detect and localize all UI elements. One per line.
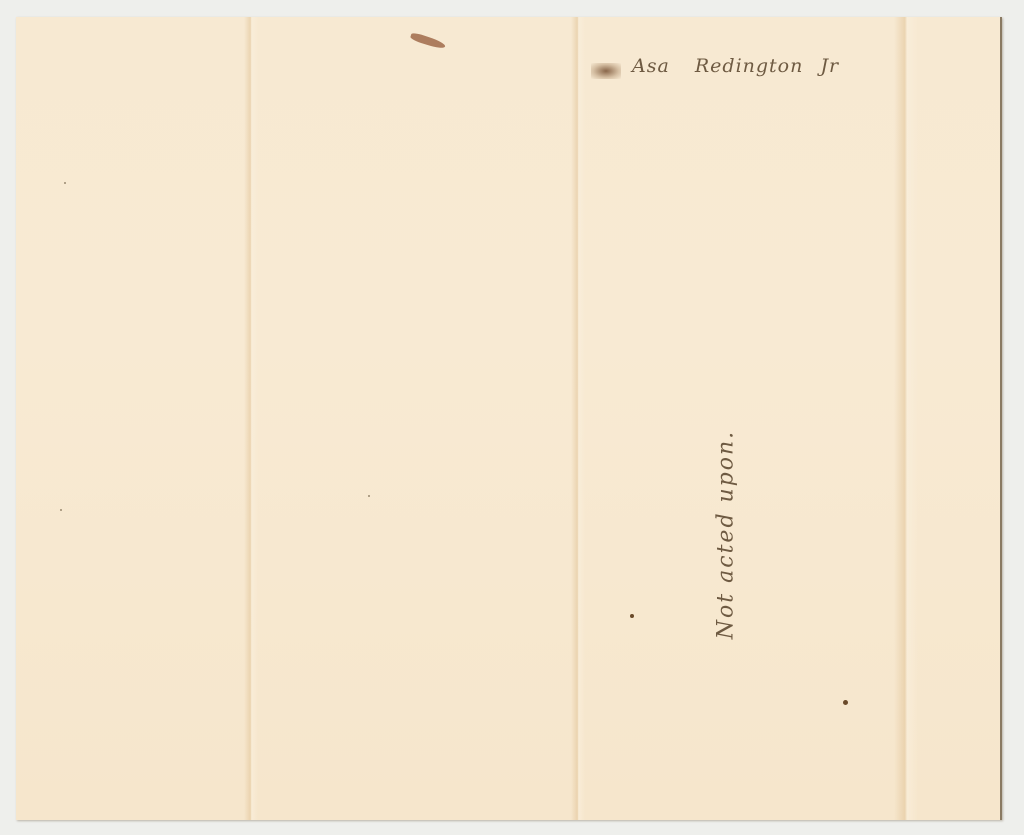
document-sheet: Asa Redington Jr Not acted upon. bbox=[16, 17, 1002, 820]
fold-line bbox=[894, 17, 918, 820]
ink-spot bbox=[843, 700, 848, 705]
docket-surname: Redington bbox=[695, 55, 804, 77]
docket-name-line: Asa Redington Jr bbox=[632, 55, 839, 77]
paper-speck bbox=[60, 509, 62, 511]
ink-spot bbox=[630, 614, 634, 618]
paper-speck bbox=[64, 182, 66, 184]
paper-edge bbox=[1000, 17, 1002, 820]
docket-suffix: Jr bbox=[820, 55, 839, 77]
ink-stain-mark bbox=[410, 32, 447, 51]
docket-prefix: Asa bbox=[632, 55, 670, 77]
blotted-ink-mark bbox=[591, 63, 621, 79]
paper-speck bbox=[368, 495, 370, 497]
endorsement-note: Not acted upon. bbox=[714, 385, 739, 685]
fold-line bbox=[244, 17, 258, 820]
fold-line bbox=[571, 17, 585, 820]
